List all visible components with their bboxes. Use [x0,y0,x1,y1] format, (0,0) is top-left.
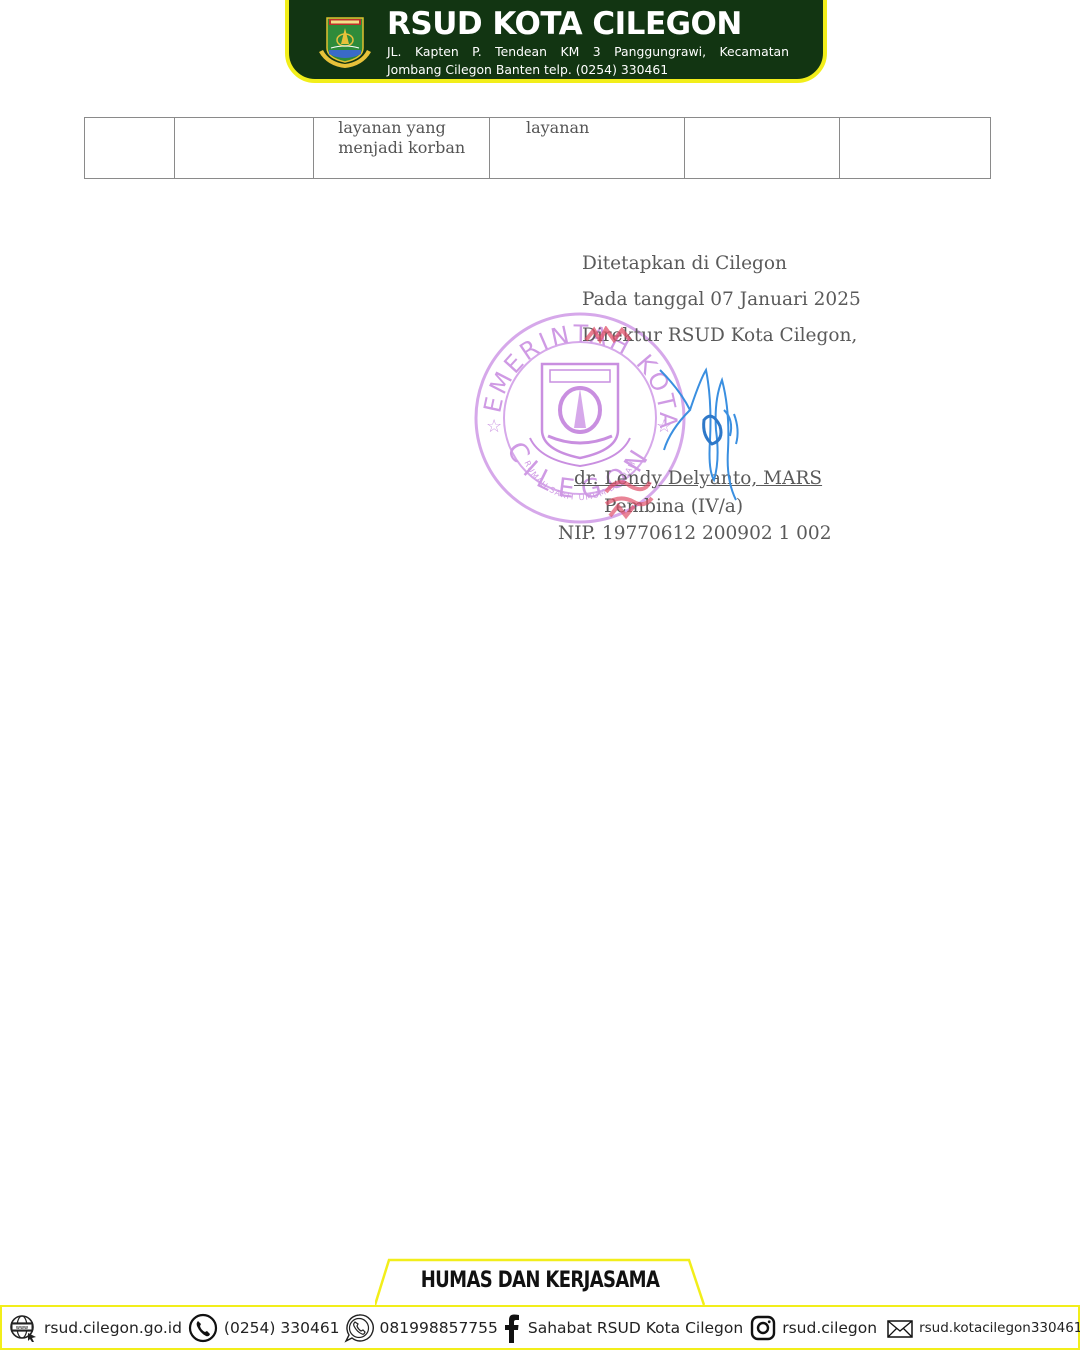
email-icon [887,1313,913,1343]
city-coat-of-arms-icon [317,14,373,72]
handwritten-signature [650,340,760,510]
website-globe-icon: www [8,1313,38,1343]
svg-text:☆: ☆ [486,416,502,437]
address-line-2: Jombang Cilegon Banten telp. (0254) 3304… [387,61,789,79]
phone-text: (0254) 330461 [224,1319,340,1337]
table-cell [840,118,991,179]
instagram-text: rsud.cilegon [782,1319,877,1337]
table-cell: layanan yang menjadi korban [314,118,490,179]
whatsapp-icon [344,1313,374,1343]
table-cell [175,118,314,179]
address-line-1: JL. Kapten P. Tendean KM 3 Panggungrawi,… [387,43,789,61]
contact-bar: www rsud.cilegon.go.id (0254) 330461 081… [0,1305,1080,1350]
phone-icon [188,1313,218,1343]
instagram-icon [750,1315,776,1341]
facebook-icon [502,1313,522,1343]
red-ink-mark [584,326,636,344]
table-cell [684,118,840,179]
table-cell: layanan [489,118,684,179]
whatsapp-text: 081998857755 [380,1319,498,1337]
table-row: layanan yang menjadi korban layanan [85,118,991,179]
table-cell [85,118,175,179]
department-label: HUMAS DAN KERJASAMA [405,1268,676,1293]
document-table: layanan yang menjadi korban layanan [84,117,991,179]
hospital-address: JL. Kapten P. Tendean KM 3 Panggungrawi,… [387,43,789,79]
contact-website[interactable]: www rsud.cilegon.go.id [8,1313,182,1343]
svg-text:www: www [16,1325,28,1331]
contact-instagram[interactable]: rsud.cilegon [750,1315,877,1341]
email-text: rsud.kotacilegon330461@gmail.com [919,1320,1080,1336]
red-ink-mark [600,472,656,522]
issue-date: Pada tanggal 07 Januari 2025 [582,289,861,310]
facebook-text: Sahabat RSUD Kota Cilegon [528,1319,743,1337]
hospital-name: RSUD KOTA CILEGON [387,6,742,42]
place-of-issue: Ditetapkan di Cilegon [582,253,787,274]
contact-whatsapp[interactable]: 081998857755 [344,1313,498,1343]
contact-facebook[interactable]: Sahabat RSUD Kota Cilegon [502,1313,743,1343]
letterhead-header: RSUD KOTA CILEGON JL. Kapten P. Tendean … [285,0,827,83]
contact-email[interactable]: rsud.kotacilegon330461@gmail.com [887,1313,1080,1343]
signatory-nip: NIP. 19770612 200902 1 002 [558,523,831,544]
contact-phone[interactable]: (0254) 330461 [188,1313,340,1343]
website-text: rsud.cilegon.go.id [44,1319,182,1337]
